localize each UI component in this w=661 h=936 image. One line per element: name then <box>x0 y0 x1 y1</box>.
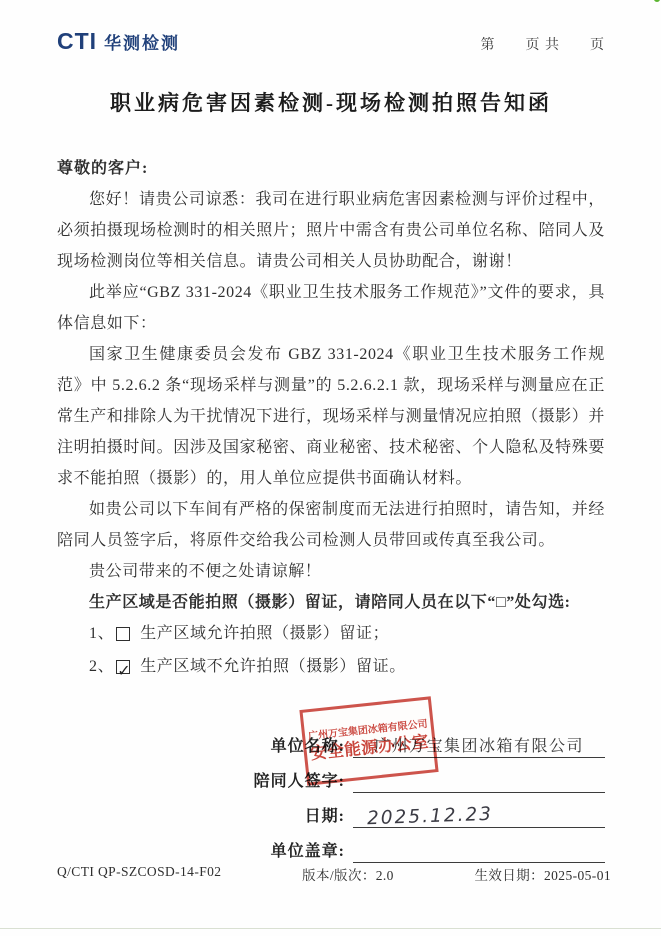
cti-logo-text: CTI <box>57 28 97 55</box>
company-name-label: 单位名称: <box>233 733 345 758</box>
company-seal-field[interactable] <box>353 837 605 863</box>
document-footer: Q/CTI QP-SZCOSD-14-F02 版本/版次：2.0 生效日期：20… <box>57 864 611 884</box>
scan-edge-line <box>0 928 661 929</box>
checkbox-prompt: 生产区域是否能拍照（摄影）留证，请陪同人员在以下“□”处勾选: <box>57 587 605 618</box>
document-header: CTI 华测检测 第 页 共 页 <box>57 28 605 55</box>
option-2-label: 生产区域不允许拍照（摄影）留证。 <box>140 651 406 684</box>
signature-form: 单位名称: 广州万宝集团冰箱有限公司 陪同人签字: 日期: 2025.12.23… <box>57 723 605 863</box>
option-allow-photo: 1、 生产区域允许拍照（摄影）留证； <box>57 618 605 651</box>
form-row-date: 日期: 2025.12.23 <box>233 793 605 828</box>
form-row-company-seal: 单位盖章: <box>233 828 605 863</box>
paragraph-regulation-detail: 国家卫生健康委员会发布 GBZ 331-2024《职业卫生技术服务工作规范》中 … <box>57 339 605 494</box>
paragraph-apology: 贵公司带来的不便之处请谅解！ <box>57 556 605 587</box>
cti-logo: CTI 华测检测 <box>57 28 180 55</box>
option-1-label: 生产区域允许拍照（摄影）留证； <box>140 618 389 651</box>
paragraph-confidentiality: 如贵公司以下车间有严格的保密制度而无法进行拍照时，请告知，并经陪同人员签字后，将… <box>57 494 605 556</box>
checkmark-icon: ✓ <box>117 655 131 688</box>
document-page: CTI 华测检测 第 页 共 页 职业病危害因素检测-现场检测拍照告知函 尊敬的… <box>0 0 661 936</box>
paragraph-standard-ref: 此举应“GBZ 331-2024《职业卫生技术服务工作规范》”文件的要求，具体信… <box>57 277 605 339</box>
paragraph-intro: 您好！请贵公司谅悉：我司在进行职业病危害因素检测与评价过程中，必须拍摄现场检测时… <box>57 184 605 277</box>
page-number-placeholder: 第 页 共 页 <box>481 28 606 54</box>
option-1-checkbox[interactable] <box>116 627 130 641</box>
salutation: 尊敬的客户: <box>57 153 605 184</box>
footer-effective-date: 生效日期：2025-05-01 <box>475 864 612 884</box>
company-seal-label: 单位盖章: <box>233 838 345 863</box>
option-2-number: 2、 <box>89 651 114 684</box>
cti-logo-chinese-name: 华测检测 <box>104 29 180 54</box>
form-row-company-name: 单位名称: 广州万宝集团冰箱有限公司 <box>233 723 605 758</box>
footer-version: 版本/版次：2.0 <box>302 864 394 884</box>
cti-logo-dot-icon <box>654 0 660 2</box>
footer-doc-number: Q/CTI QP-SZCOSD-14-F02 <box>57 864 221 884</box>
handwritten-date: 2025.12.23 <box>367 804 494 829</box>
document-title: 职业病危害因素检测-现场检测拍照告知函 <box>57 87 605 117</box>
accompanying-signature-field[interactable] <box>353 767 605 793</box>
date-field[interactable]: 2025.12.23 <box>353 802 605 828</box>
option-2-checkbox-checked[interactable]: ✓ <box>116 660 130 674</box>
document-body: 尊敬的客户: 您好！请贵公司谅悉：我司在进行职业病危害因素检测与评价过程中，必须… <box>57 153 605 683</box>
accompanying-signature-label: 陪同人签字: <box>233 768 345 793</box>
form-row-accompanying-signature: 陪同人签字: <box>233 758 605 793</box>
date-label: 日期: <box>233 803 345 828</box>
option-1-number: 1、 <box>89 618 114 651</box>
option-disallow-photo: 2、 ✓ 生产区域不允许拍照（摄影）留证。 <box>57 651 605 684</box>
company-name-field[interactable]: 广州万宝集团冰箱有限公司 <box>353 732 605 758</box>
